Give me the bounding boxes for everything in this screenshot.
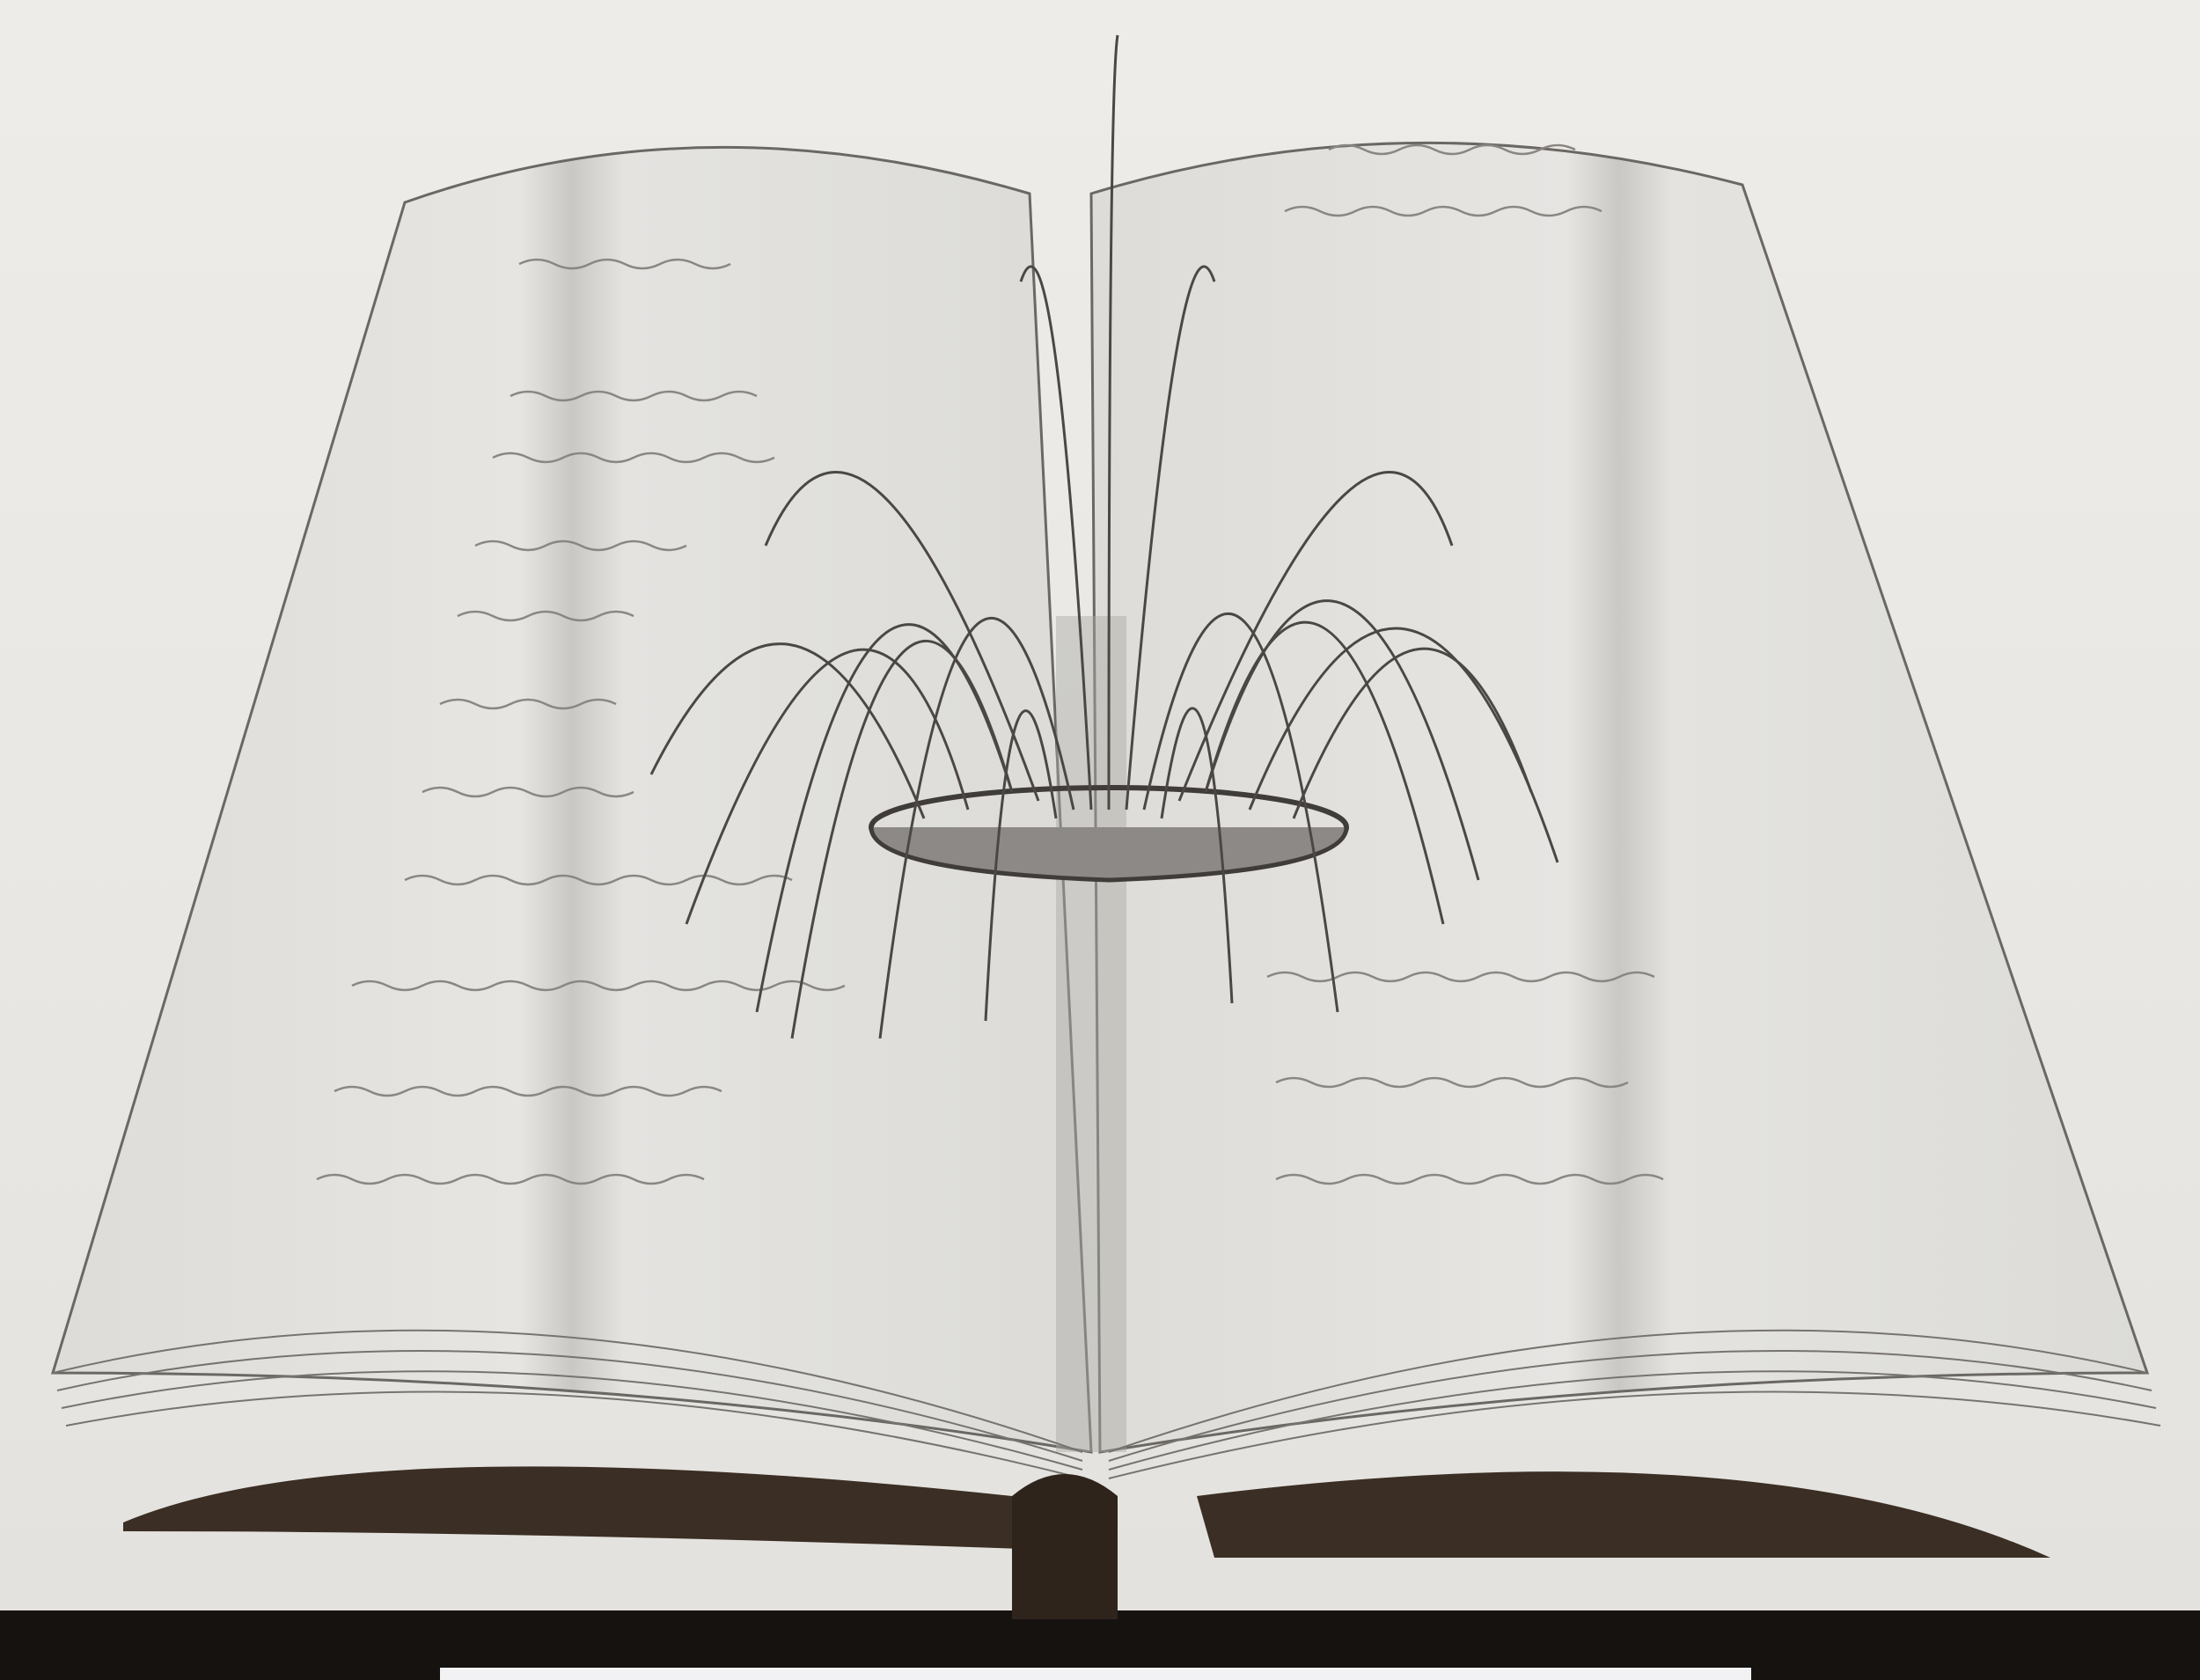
paper-label-strip	[440, 1668, 1751, 1680]
left-cover-edge	[123, 1466, 1021, 1549]
right-cover-edge	[1197, 1471, 2050, 1558]
spine-bottom	[1012, 1474, 1118, 1619]
book-fountain-drawing	[0, 0, 2200, 1680]
